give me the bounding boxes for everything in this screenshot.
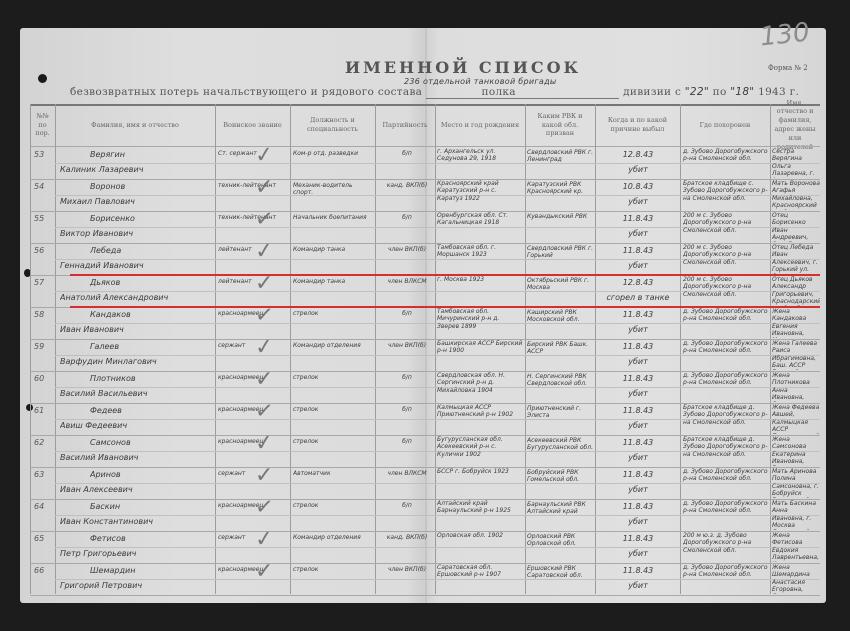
reason-out: сгорел в танке (597, 292, 679, 303)
date-out: 11.8.43 (597, 501, 679, 512)
column-divider (30, 104, 31, 594)
military-rank: лейтенант (218, 278, 288, 285)
party: б/п (380, 374, 434, 381)
date-to-label: по (713, 86, 727, 98)
given-name: Василий Васильевич (60, 388, 212, 399)
check-mark-icon: ✓ (255, 367, 273, 392)
birth-place-year: Алтайский край Барнаульский р-н 1925 (437, 500, 523, 530)
column-divider (290, 104, 291, 594)
next-of-kin: Жена Плотникова Анна Ивановна, Свердловс… (772, 372, 820, 402)
date-out: 12.8.43 (597, 149, 679, 160)
military-rank: сержант (218, 534, 288, 541)
position: Командир танка (293, 278, 373, 285)
military-rank: красноармеец (218, 374, 288, 381)
reason-out: убит (597, 420, 679, 431)
column-divider (435, 104, 436, 594)
given-name: Михаил Павлович (60, 196, 212, 207)
conscription-office: Орловский РВК Орловской обл. (527, 533, 593, 562)
division-label: дивизии с (623, 86, 681, 98)
row-number: 58 (34, 309, 54, 320)
military-rank: лейтенант (218, 246, 288, 253)
column-header: Партийность (375, 106, 435, 144)
military-rank: сержант (218, 342, 288, 349)
reason-out: убит (597, 516, 679, 527)
check-mark-icon: ✓ (254, 142, 275, 169)
conscription-office: Октябрьский РВК г. Москва (527, 277, 593, 306)
column-divider (770, 104, 771, 594)
surname: Шемардин (90, 565, 212, 576)
surname: Дьяков (90, 277, 212, 288)
conscription-office: Свердловский РВК г. Ленинград (527, 149, 593, 178)
column-divider (375, 104, 376, 594)
row-number: 62 (34, 437, 54, 448)
next-of-kin: Отец Борисенко Иван Андреевич, Оренбургс… (772, 212, 820, 242)
date-out: 11.8.43 (597, 437, 679, 448)
check-mark-icon: ✓ (255, 175, 273, 200)
birth-place-year: Оренбургская обл. Ст. Кагальницкая 1918 (437, 212, 523, 242)
date-out: 11.8.43 (597, 533, 679, 544)
birth-place-year: г. Москва 1923 (437, 276, 523, 306)
reason-out: убит (597, 548, 679, 559)
column-header: Место и год рождения (435, 106, 525, 144)
column-header: №№ по пор. (30, 106, 55, 144)
birth-place-year: Саратовская обл. Ершовский р-н 1907 (437, 564, 523, 594)
column-divider (525, 104, 526, 594)
date-out: 11.8.43 (597, 245, 679, 256)
position: Командир отделения (293, 534, 373, 541)
surname: Лебеда (90, 245, 212, 256)
military-rank: красноармеец (218, 438, 288, 445)
next-of-kin: Мать Баскина Анна Ивановна, г. Москва Ла… (772, 500, 820, 530)
next-of-kin: Жена Федеева Авшей, Калмыцкая АССР Приют… (772, 404, 820, 434)
birth-place-year: Красноярский край Каратузский р-н с. Кар… (437, 180, 523, 210)
position: стрелок (293, 438, 373, 445)
conscription-office: Н. Сергинский РВК Свердловской обл. (527, 373, 593, 402)
row-number: 66 (34, 565, 54, 576)
row-number: 59 (34, 341, 54, 352)
next-of-kin: Жена Кандакова Евгения Ивановна, Московс… (772, 308, 820, 338)
burial-place: Братское кладбище с. Зубово Дорогобужско… (683, 180, 769, 210)
birth-place-year: БССР г. Бобруйск 1923 (437, 468, 523, 498)
party: член ВКП(б) (380, 566, 434, 573)
reason-out: убит (597, 356, 679, 367)
given-name: Авиш Федеевич (60, 420, 212, 431)
birth-place-year: Калмыцкая АССР Приютненский р-н 1902 (437, 404, 523, 434)
party: б/п (380, 438, 434, 445)
highlight-line (70, 274, 820, 276)
date-out: 11.8.43 (597, 213, 679, 224)
burial-place: 200 м с. Зубово Дорогобужского р-на Смол… (683, 276, 769, 306)
conscription-office: Приютненский г. Элиста (527, 405, 593, 434)
row-number: 53 (34, 149, 54, 160)
birth-place-year: Свердловская обл. Н. Сергинский р-н д. М… (437, 372, 523, 402)
row-divider (30, 595, 820, 596)
date-to: "18" (730, 86, 754, 98)
party: б/п (380, 406, 434, 413)
surname: Плотников (90, 373, 212, 384)
conscription-office: Асекеевский РВК Бугурусланской обл. (527, 437, 593, 466)
burial-place: д. Зубово Дорогобужского р-на Смоленской… (683, 500, 769, 530)
next-of-kin: Отец Лебеда Иван Алексеевич, г. Горький … (772, 244, 820, 274)
given-name: Калиник Лазаревич (60, 164, 212, 175)
document-title: ИМЕННОЙ СПИСОК (345, 58, 581, 77)
reason-out: убит (597, 228, 679, 239)
given-name: Иван Константинович (60, 516, 212, 527)
position: стрелок (293, 406, 373, 413)
check-mark-icon: ✓ (254, 526, 275, 553)
birth-place-year: Тамбовская обл. г. Моршанск 1923 (437, 244, 523, 274)
column-divider (680, 104, 681, 594)
surname: Баскин (90, 501, 212, 512)
conscription-office: Барнаульский РВК Алтайский край (527, 501, 593, 530)
check-mark-icon: ✓ (254, 398, 275, 425)
column-header: Фамилия, имя и отчество (55, 106, 215, 144)
party: канд. ВКП(б) (380, 534, 434, 541)
next-of-kin: Мать Воронова Агафья Михайловна, Красноя… (772, 180, 820, 210)
party: член ВЛКСМ (380, 278, 434, 285)
year: 1943 (758, 86, 786, 98)
given-name: Григорий Петрович (60, 580, 212, 591)
burial-place: Братское кладбище д. Зубово Дорогобужско… (683, 404, 769, 434)
ink-blot (38, 74, 47, 83)
date-out: 12.8.43 (597, 277, 679, 288)
party: член ВЛКСМ (380, 470, 434, 477)
year-suffix: г. (790, 86, 799, 98)
given-name: Виктор Иванович (60, 228, 212, 239)
row-number: 60 (34, 373, 54, 384)
military-rank: техник-лейтенант (218, 214, 288, 221)
position: стрелок (293, 310, 373, 317)
row-number: 56 (34, 245, 54, 256)
military-rank: красноармеец (218, 566, 288, 573)
party: канд. ВКП(б) (380, 182, 434, 189)
military-rank: техник-лейтенант (218, 182, 288, 189)
column-header: Каким РВК и какой обл. призван (525, 106, 595, 144)
position: Командир отделения (293, 342, 373, 349)
surname: Галеев (90, 341, 212, 352)
column-divider (55, 104, 56, 594)
check-mark-icon: ✓ (254, 206, 275, 233)
reason-out: убит (597, 452, 679, 463)
burial-place: д. Зубово Дорогобужского р-на Смоленской… (683, 468, 769, 498)
party: б/п (380, 502, 434, 509)
conscription-office: Кувандыкский РВК (527, 213, 593, 242)
conscription-office: Каширский РВК Московской обл. (527, 309, 593, 338)
date-out: 11.8.43 (597, 565, 679, 576)
next-of-kin: Сестра Верягина Ольга Лазаревна, г. Арха… (772, 148, 820, 178)
party: б/п (380, 150, 434, 157)
reason-out: убит (597, 196, 679, 207)
conscription-office: Бобруйский РВК Гомельской обл. (527, 469, 593, 498)
burial-place: д. Зубово Дорогобужского р-на Смоленской… (683, 308, 769, 338)
position: Механик-водитель спорт. (293, 182, 373, 197)
given-name: Иван Алексеевич (60, 484, 212, 495)
reason-out: убит (597, 260, 679, 271)
next-of-kin: Жена Самсонова Екатерина Ивановна, Бугур… (772, 436, 820, 466)
date-out: 11.8.43 (597, 373, 679, 384)
conscription-office: Свердловский РВК г. Горький (527, 245, 593, 274)
burial-place: Братское кладбище д. Зубово Дорогобужско… (683, 436, 769, 466)
next-of-kin: Жена Шемардина Анастасия Егоровна, Сарат… (772, 564, 820, 594)
reason-out: убит (597, 484, 679, 495)
check-mark-icon: ✓ (254, 430, 275, 457)
column-divider (215, 104, 216, 594)
reason-out: убит (597, 324, 679, 335)
column-header: Имя, отчество и фамилия, адрес жены или … (770, 106, 820, 144)
column-header: Где похоронен (680, 106, 770, 144)
birth-place-year: Бугурусланская обл. Асекеевский р-н с. К… (437, 436, 523, 466)
military-rank: Ст. сержант (218, 150, 288, 157)
position: Командир танка (293, 246, 373, 253)
unit-handwritten: 236 отдельной танковой бригады (404, 77, 557, 86)
regiment-label: полка (482, 86, 516, 98)
given-name: Варфудин Минлагович (60, 356, 212, 367)
row-number: 61 (34, 405, 54, 416)
burial-place: д. Зубово Дорогобужского р-на Смоленской… (683, 340, 769, 370)
row-number: 63 (34, 469, 54, 480)
date-out: 11.8.43 (597, 469, 679, 480)
form-number: Форма № 2 (768, 64, 808, 72)
position: Автоматчик (293, 470, 373, 477)
surname: Борисенко (90, 213, 212, 224)
burial-place: 200 м с. Зубово Дорогобужского р-на Смол… (683, 244, 769, 274)
party: член ВКП(б) (380, 246, 434, 253)
party: б/п (380, 310, 434, 317)
column-header: Воинское звание (215, 106, 290, 144)
check-mark-icon: ✓ (254, 302, 275, 329)
party: член ВКП(б) (380, 342, 434, 349)
next-of-kin: Жена Галеева Раиса Ибрагимовна, Баш. АСС… (772, 340, 820, 370)
conscription-office: Бирский РВК Башк. АССР (527, 341, 593, 370)
position: Начальник боепитания (293, 214, 373, 221)
date-out: 11.8.43 (597, 341, 679, 352)
position: стрелок (293, 502, 373, 509)
surname: Самсонов (90, 437, 212, 448)
date-from: "22" (685, 86, 709, 98)
reason-out: убит (597, 580, 679, 591)
birth-place-year: Орловская обл. 1902 (437, 532, 523, 562)
row-number: 64 (34, 501, 54, 512)
next-of-kin: Жена Фетисова Евдокия Лаврентьевна, Ирку… (772, 532, 820, 562)
surname: Кандаков (90, 309, 212, 320)
header-rule (30, 146, 820, 147)
conscription-office: Каратузский РВК Красноярский кр. (527, 181, 593, 210)
given-name: Иван Иванович (60, 324, 212, 335)
subtitle-prefix: безвозвратных потерь начальствующего и р… (70, 86, 422, 98)
military-rank: сержант (218, 470, 288, 477)
surname: Аринов (90, 469, 212, 480)
date-out: 11.8.43 (597, 309, 679, 320)
reason-out: убит (597, 388, 679, 399)
row-number: 55 (34, 213, 54, 224)
date-out: 11.8.43 (597, 405, 679, 416)
page-number: 130 (759, 17, 812, 52)
document-subtitle: безвозвратных потерь начальствующего и р… (70, 86, 799, 99)
position: стрелок (293, 374, 373, 381)
given-name: Анатолий Александрович (60, 292, 212, 303)
party: б/п (380, 214, 434, 221)
next-of-kin: Мать Аринова Полина Самсоновна, г. Бобру… (772, 468, 820, 498)
burial-place: д. Зубово Дорогобужского р-на Смоленской… (683, 372, 769, 402)
military-rank: красноармеец (218, 310, 288, 317)
surname: Верягин (90, 149, 212, 160)
conscription-office: Ершовский РВК Саратовской обл. (527, 565, 593, 594)
position: Ком-р отд. разведки (293, 150, 373, 157)
date-out: 10.8.43 (597, 181, 679, 192)
burial-place: 200 м ю.з. д. Зубово Дорогобужского р-на… (683, 532, 769, 562)
column-divider (595, 104, 596, 594)
reason-out: убит (597, 164, 679, 175)
row-number: 54 (34, 181, 54, 192)
check-mark-icon: ✓ (255, 559, 273, 584)
birth-place-year: Тамбовская обл. Мичуринский р-н д. Звере… (437, 308, 523, 338)
surname: Фетисов (90, 533, 212, 544)
birth-place-year: Башкирская АССР Бирский р-н 1900 (437, 340, 523, 370)
row-number: 57 (34, 277, 54, 288)
column-header: Должность и специальность (290, 106, 375, 144)
row-number: 65 (34, 533, 54, 544)
check-mark-icon: ✓ (254, 494, 275, 521)
military-rank: красноармеец (218, 502, 288, 509)
given-name: Петр Григорьевич (60, 548, 212, 559)
surname: Воронов (90, 181, 212, 192)
burial-place: 200 м с. Зубово Дорогобужского р-на Смол… (683, 212, 769, 242)
check-mark-icon: ✓ (254, 334, 275, 361)
next-of-kin: Отец Дьяков Александр Григорьевич, Красн… (772, 276, 820, 306)
check-mark-icon: ✓ (254, 238, 275, 265)
column-header: Когда и по какой причине выбыл (595, 106, 680, 144)
position: стрелок (293, 566, 373, 573)
burial-place: д. Зубово Дорогобужского р-на Смоленской… (683, 148, 769, 178)
given-name: Василий Иванович (60, 452, 212, 463)
surname: Федеев (90, 405, 212, 416)
burial-place: д. Зубово Дорогобужского р-на Смоленской… (683, 564, 769, 594)
check-mark-icon: ✓ (255, 463, 273, 488)
given-name: Геннадий Иванович (60, 260, 212, 271)
military-rank: красноармеец (218, 406, 288, 413)
birth-place-year: г. Архангельск ул. Седунова 29, 1918 (437, 148, 523, 178)
